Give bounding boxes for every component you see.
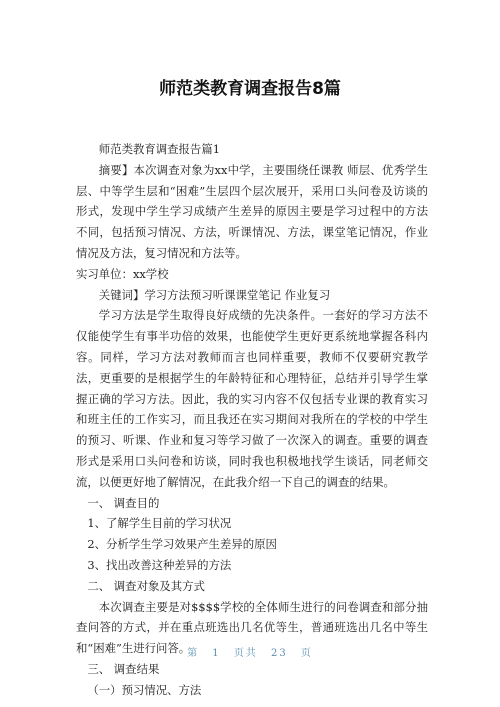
abstract-paragraph: 摘要】本次调查对象为xx中学，主要围绕任课教 师层、优秀学生层、中等学生层和“困… bbox=[76, 160, 428, 264]
page-number-footer: 第 1 页共 23 页 bbox=[0, 644, 500, 659]
page-prefix: 第 bbox=[187, 648, 199, 659]
document-body: 师范类教育调查报告篇1 摘要】本次调查对象为xx中学，主要围绕任课教 师层、优秀… bbox=[76, 139, 428, 701]
heading-purpose: 一、 调查目的 bbox=[76, 493, 428, 514]
section-heading: 师范类教育调查报告篇1 bbox=[76, 139, 428, 160]
document-title: 师范类教育调查报告8篇 bbox=[0, 74, 500, 99]
page-mid: 页共 bbox=[234, 648, 258, 659]
page-total: 23 bbox=[271, 648, 288, 659]
list-item: 3、找出改善这种差异的方法 bbox=[76, 555, 428, 576]
page-current: 1 bbox=[212, 648, 220, 659]
internship-unit: 实习单位：xx学校 bbox=[76, 264, 428, 285]
intro-paragraph: 学习方法是学生取得良好成绩的先决条件。一套好的学习方法不仅能使学生有事半功倍的效… bbox=[76, 305, 428, 492]
heading-results: 三、 调查结果 bbox=[76, 659, 428, 680]
heading-subjects: 二、 调查对象及其方式 bbox=[76, 576, 428, 597]
list-item: 1、了解学生目前的学习状况 bbox=[76, 513, 428, 534]
page-suffix: 页 bbox=[301, 648, 313, 659]
subheading-preview: （一）预习情况、方法 bbox=[76, 680, 428, 701]
list-item: 2、分析学生学习效果产生差异的原因 bbox=[76, 534, 428, 555]
keywords-paragraph: 关键词】学习方法预习听课课堂笔记 作业复习 bbox=[76, 285, 428, 306]
